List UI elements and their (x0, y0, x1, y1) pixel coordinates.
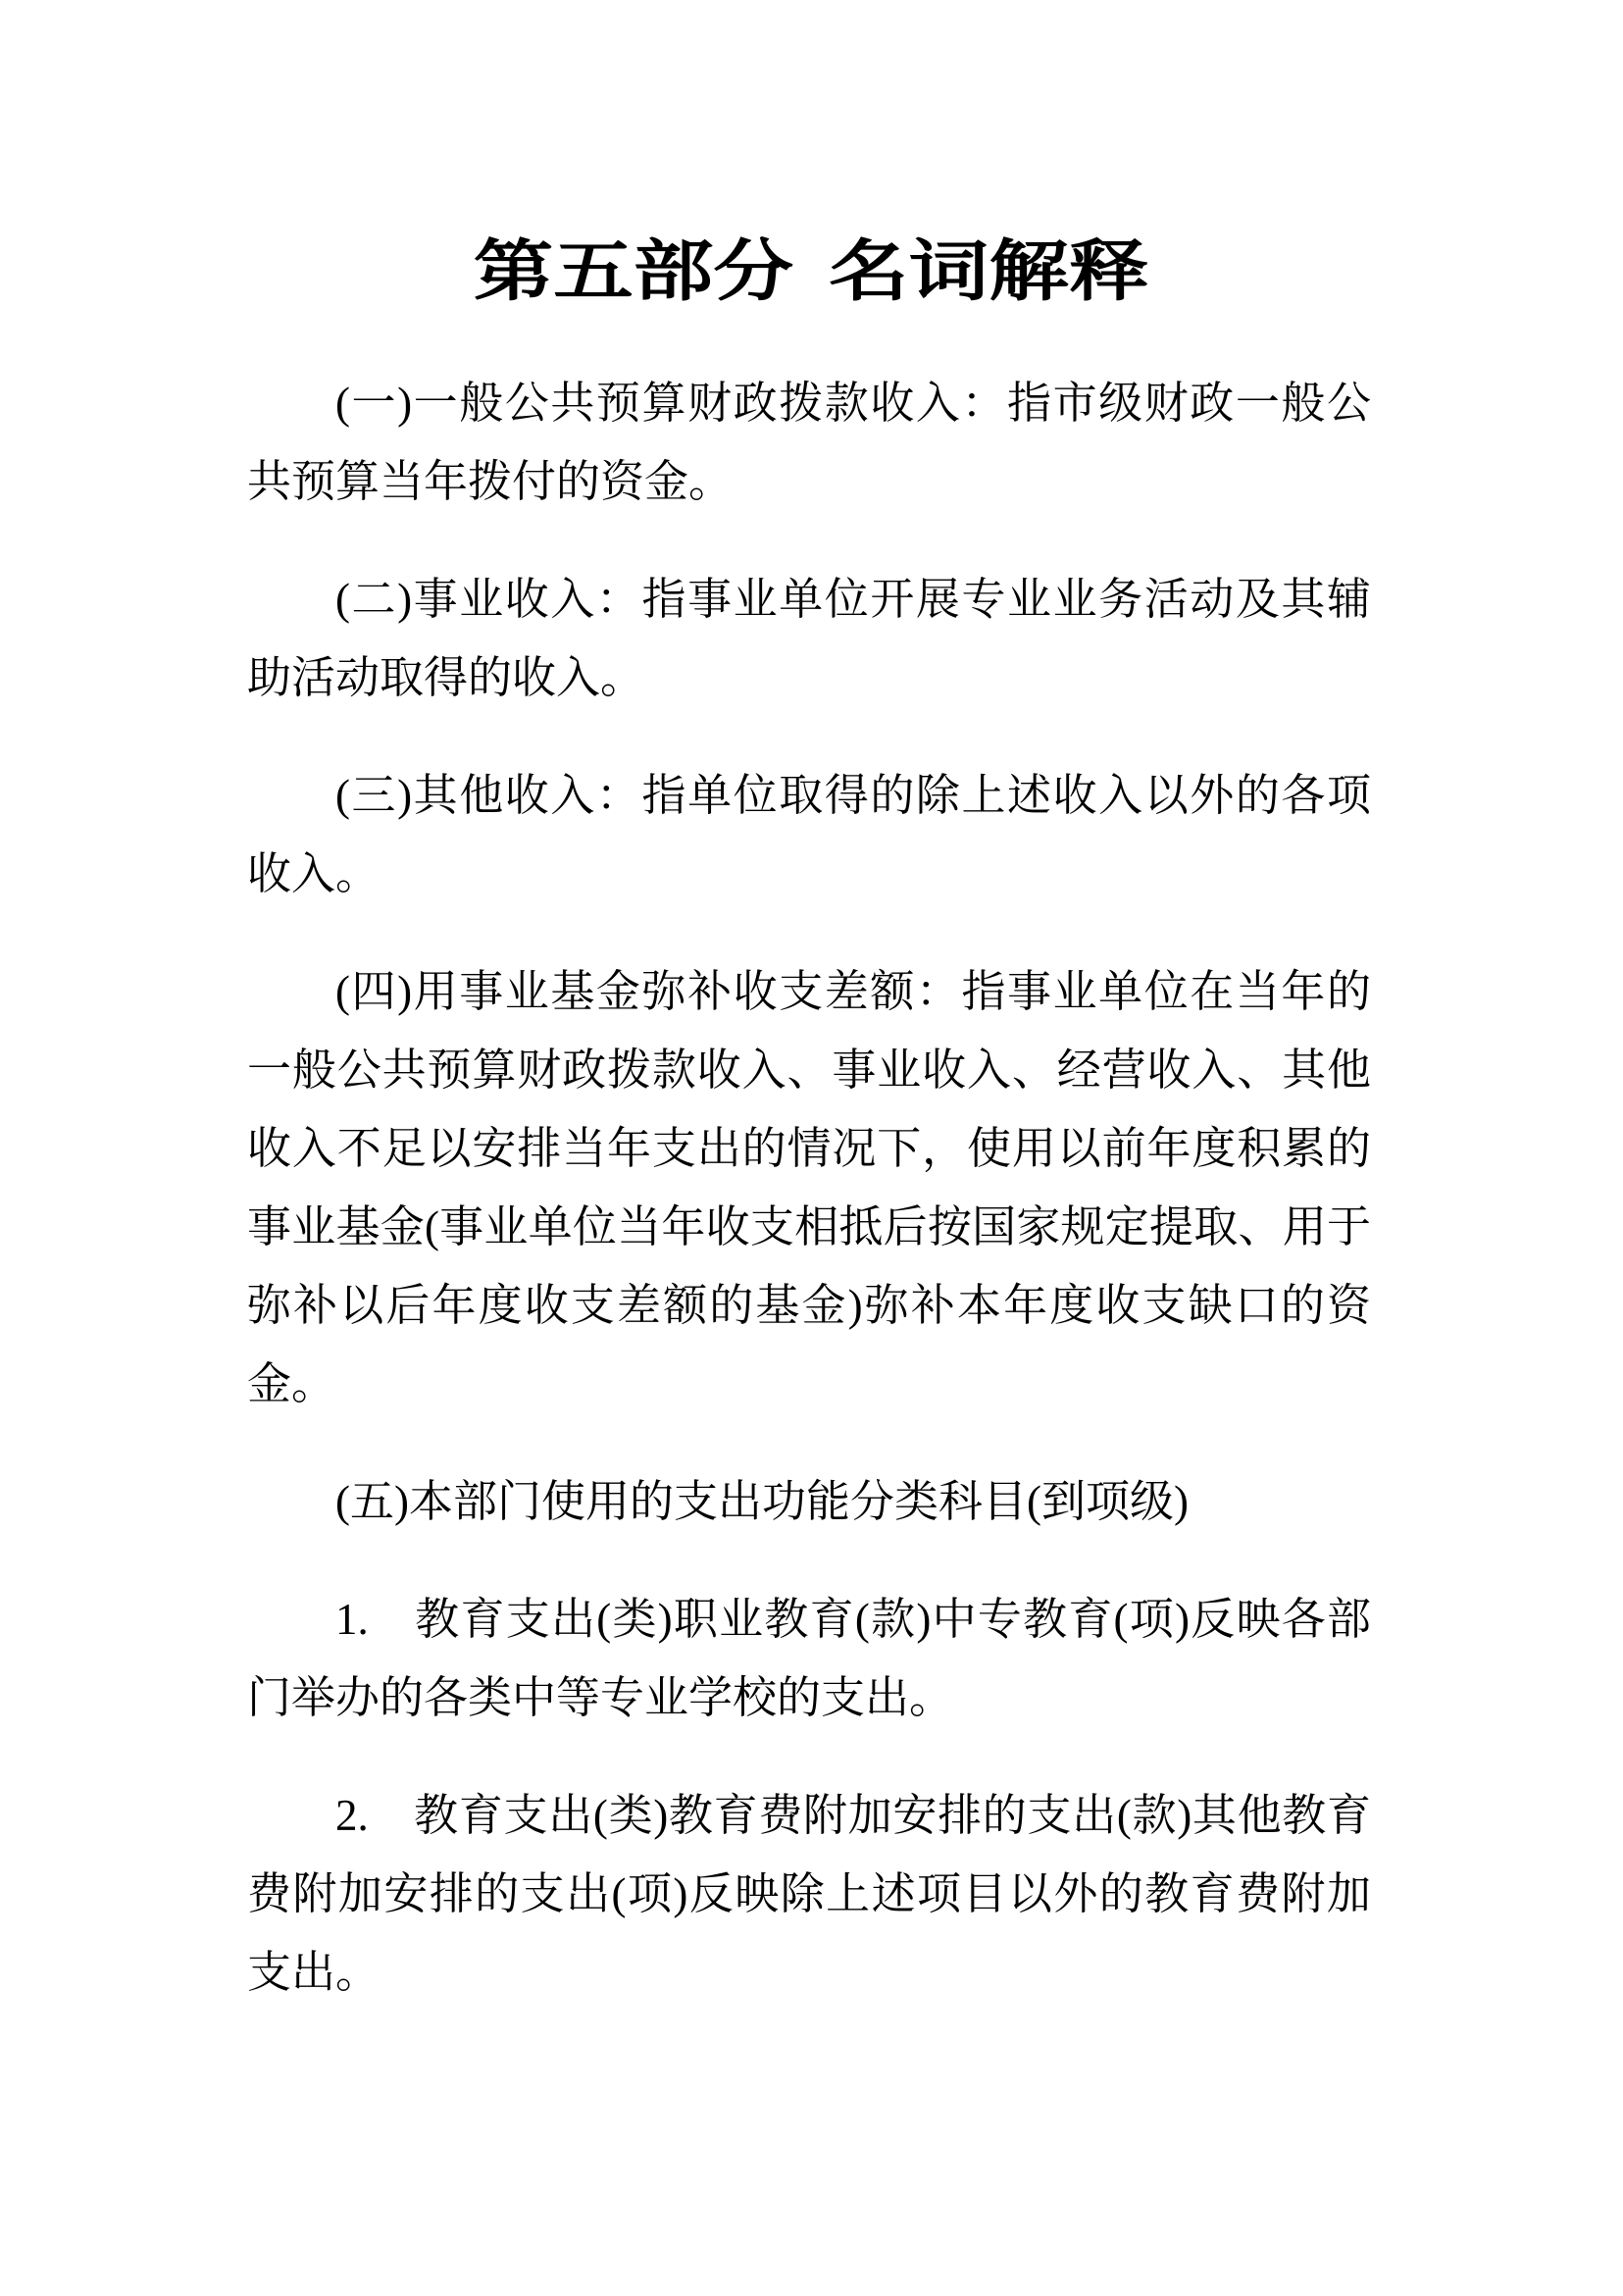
paragraph-1-general-public-budget-income: (一)一般公共预算财政拨款收入：指市级财政一般公共预算当年拨付的资金。 (247, 364, 1371, 521)
paragraph-5-expenditure-classification-heading: (五)本部门使用的支出功能分类科目(到项级) (247, 1462, 1371, 1541)
title-part-2: 名词解释 (830, 234, 1149, 309)
title-part-1: 第五部分 (474, 234, 793, 309)
document-body: (一)一般公共预算财政拨款收入：指市级财政一般公共预算当年拨付的资金。 (二)事… (247, 364, 1371, 2012)
document-page: 第五部分名词解释 (一)一般公共预算财政拨款收入：指市级财政一般公共预算当年拨付… (0, 0, 1623, 2296)
page-title: 第五部分名词解释 (0, 0, 1623, 310)
page-title-text: 第五部分名词解释 (474, 233, 1149, 310)
paragraph-3-other-income: (三)其他收入：指单位取得的除上述收入以外的各项收入。 (247, 756, 1371, 913)
paragraph-6-item-1-vocational-education: 1. 教育支出(类)职业教育(款)中专教育(项)反映各部门举办的各类中等专业学校… (247, 1580, 1371, 1737)
paragraph-4-fund-balance-offset: (四)用事业基金弥补收支差额：指事业单位在当年的一般公共预算财政拨款收入、事业收… (247, 952, 1371, 1423)
paragraph-2-operational-income: (二)事业收入：指事业单位开展专业业务活动及其辅助活动取得的收入。 (247, 560, 1371, 717)
paragraph-7-item-2-education-surcharge: 2. 教育支出(类)教育费附加安排的支出(款)其他教育费附加安排的支出(项)反映… (247, 1776, 1371, 2012)
